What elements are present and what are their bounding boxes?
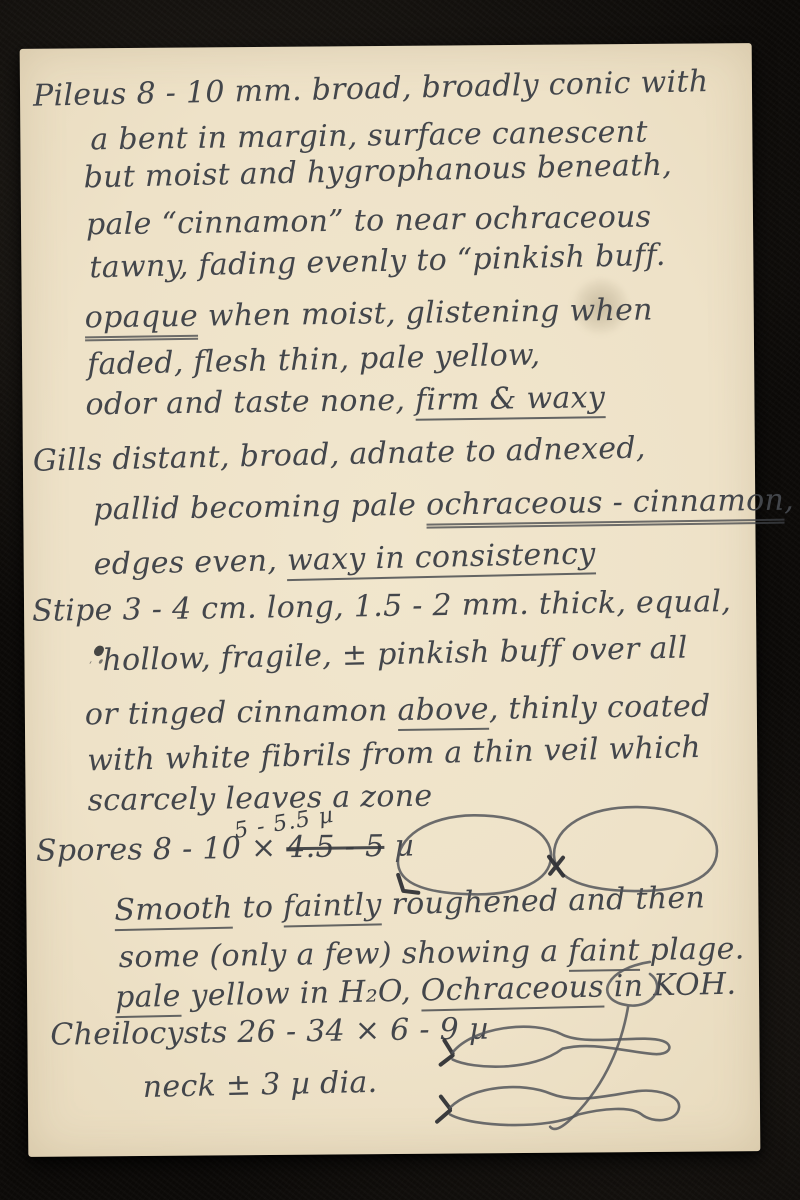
- spore-outline-right: [554, 806, 718, 891]
- spore-apiculus-mark: [549, 857, 563, 876]
- cheilocystidium-outline-upper: [452, 1026, 669, 1067]
- cystidium-fork-upper: [440, 1041, 452, 1065]
- cheilocystidium-outline-lower: [450, 1086, 679, 1126]
- pencil-flourish: [549, 962, 658, 1129]
- cystidium-fork-lower: [437, 1097, 450, 1122]
- spore-outline-left: [398, 815, 552, 895]
- field-sketches: [20, 43, 761, 1157]
- note-text: ,: [784, 483, 794, 518]
- index-card: Pileus 8 - 10 mm. broad, broadly conic w…: [20, 43, 761, 1157]
